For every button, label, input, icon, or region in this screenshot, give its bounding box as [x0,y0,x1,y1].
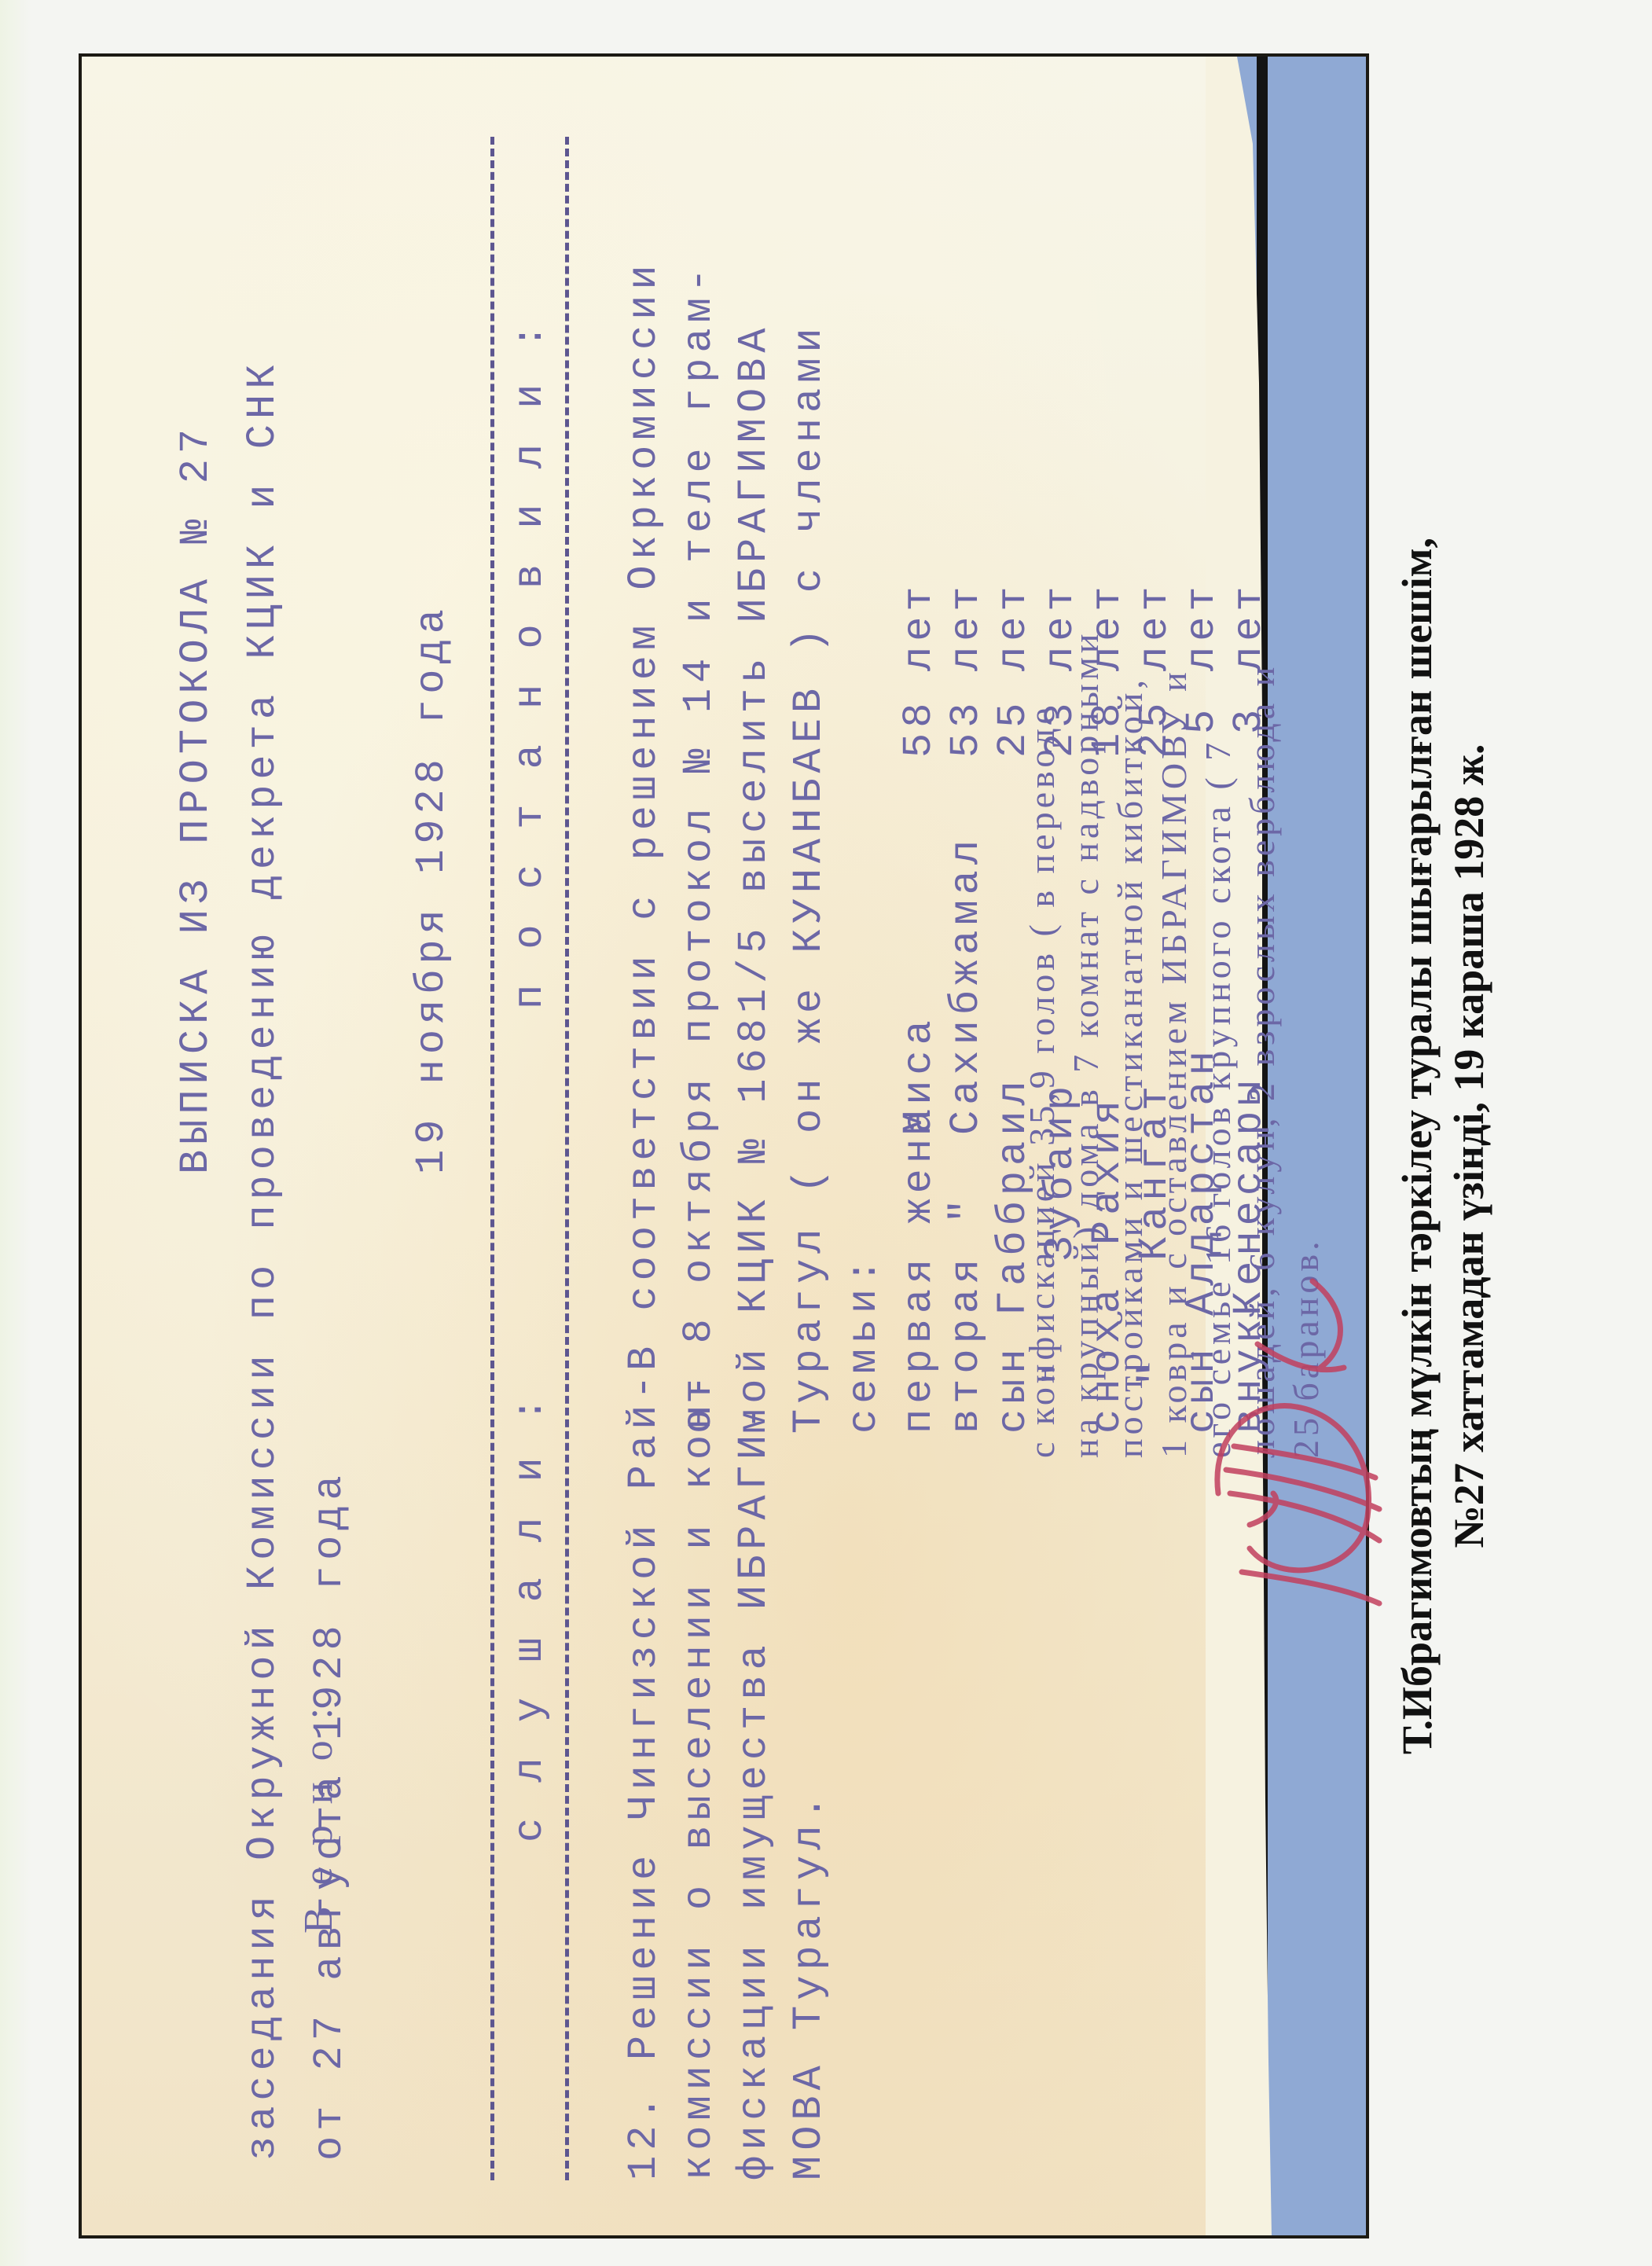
red-signature-icon [1163,1258,1383,1698]
verified-label: В е р н о : [299,1702,340,1934]
caption-line-2: №27 хаттамадан үзінді, 19 караша 1928 ж. [1443,53,1495,2238]
figure-caption: Т.Ибрагимовтың мүлкін тәркілеу туралы шы… [1391,53,1627,2238]
confiscation-line: на крупный) дома в 7 комнат с надворными [1064,515,1108,1458]
caption-line-1: Т.Ибрагимовтың мүлкін тәркілеу туралы шы… [1391,53,1443,2238]
verified-text: В е р н о : [296,1702,341,1934]
confiscation-line: постройками и шестиканатной кибиткой, [1108,515,1152,1458]
page-edge [0,0,31,2266]
confiscation-line: с конфискацией 35,9 голов ( в переводе [1020,515,1064,1458]
